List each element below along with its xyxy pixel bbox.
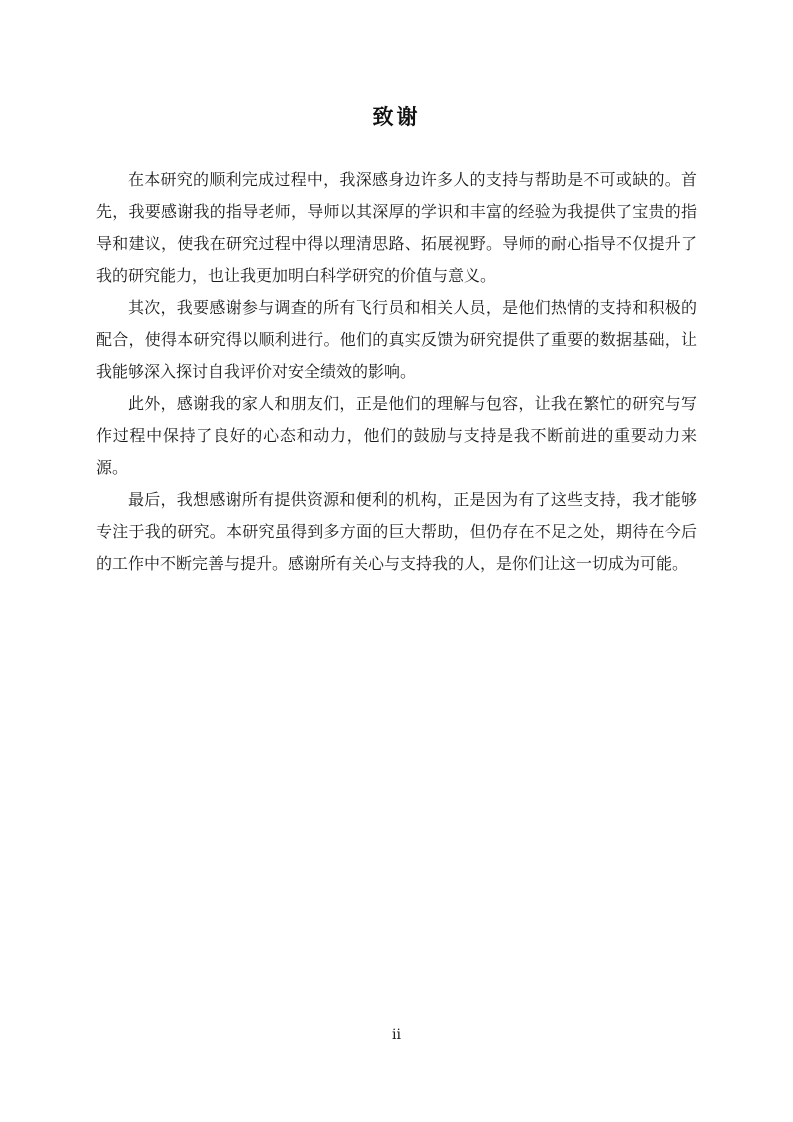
page-number: ii xyxy=(0,1026,793,1044)
document-page: 致谢 在本研究的顺利完成过程中，我深感身边许多人的支持与帮助是不可或缺的。首先，… xyxy=(0,0,793,1122)
paragraph: 此外，感谢我的家人和朋友们，正是他们的理解与包容，让我在繁忙的研究与写作过程中保… xyxy=(96,388,697,484)
document-body: 在本研究的顺利完成过程中，我深感身边许多人的支持与帮助是不可或缺的。首先，我要感… xyxy=(96,164,697,580)
paragraph: 其次，我要感谢参与调查的所有飞行员和相关人员，是他们热情的支持和积极的配合，使得… xyxy=(96,292,697,388)
paragraph: 最后，我想感谢所有提供资源和便利的机构，正是因为有了这些支持，我才能够专注于我的… xyxy=(96,484,697,580)
paragraph: 在本研究的顺利完成过程中，我深感身边许多人的支持与帮助是不可或缺的。首先，我要感… xyxy=(96,164,697,292)
page-title: 致谢 xyxy=(0,0,793,131)
